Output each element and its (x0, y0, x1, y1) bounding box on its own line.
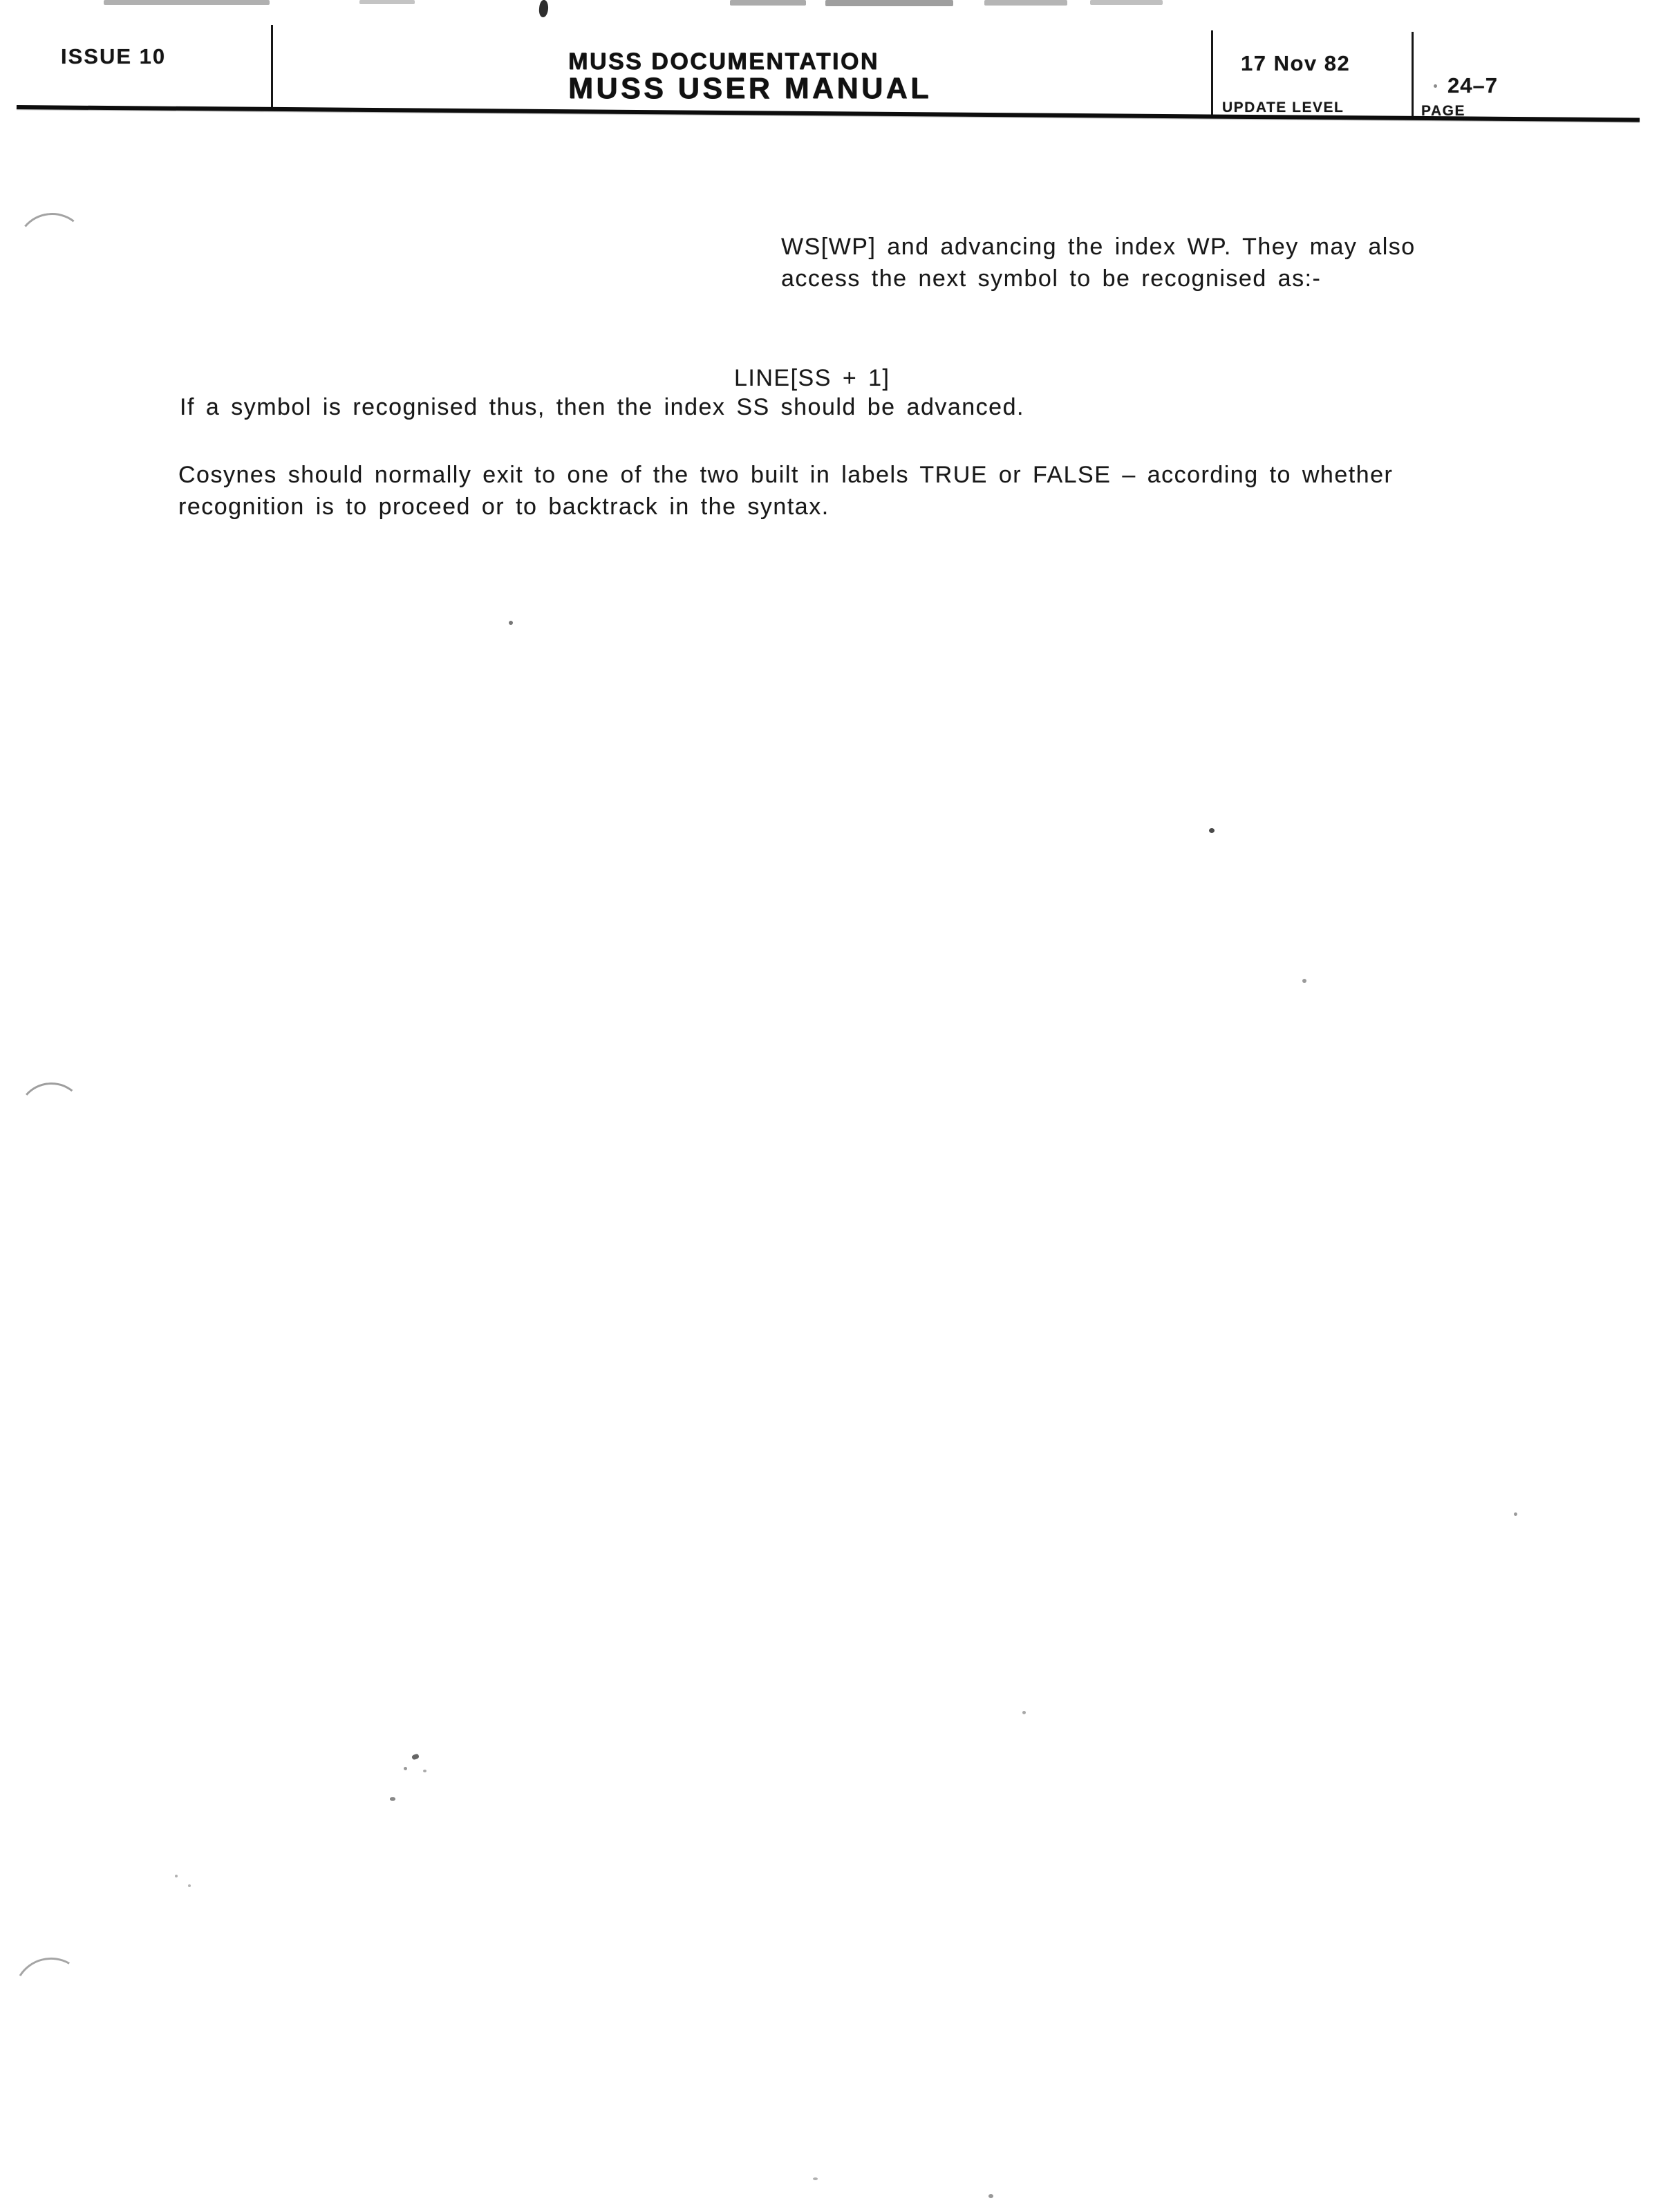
scan-dash-artifact (1090, 0, 1163, 5)
issue-label: ISSUE 10 (61, 44, 166, 69)
scan-speck (1514, 1512, 1517, 1516)
page-number: 24–7 (1447, 73, 1498, 98)
paragraph-line: recognition is to proceed or to backtrac… (178, 491, 1393, 523)
scan-speck (390, 1797, 395, 1801)
scan-dash-artifact (825, 0, 953, 6)
scan-arc-artifact (15, 1080, 87, 1149)
doc-title-line2: MUSS USER MANUAL (568, 72, 932, 106)
header-divider-line (1412, 32, 1414, 118)
scan-arc-artifact (6, 1950, 95, 2036)
scanned-manual-page: ISSUE 10 MUSS DOCUMENTATION MUSS USER MA… (0, 0, 1659, 2212)
formula-line-ss: LINE[SS + 1] (734, 362, 890, 394)
scan-speck (509, 621, 513, 625)
scan-speck (1209, 828, 1215, 833)
paragraph-cosynes: Cosynes should normally exit to one of t… (178, 459, 1393, 523)
scan-speck (1302, 979, 1306, 983)
scan-dash-artifact (104, 0, 270, 5)
paragraph-line: WS[WP] and advancing the index WP. They … (781, 231, 1416, 263)
scan-speck (188, 1884, 191, 1887)
paragraph-line: Cosynes should normally exit to one of t… (178, 459, 1393, 491)
scan-speck (1022, 1711, 1026, 1714)
paragraph-ws-wp: WS[WP] and advancing the index WP. They … (781, 231, 1416, 294)
scan-dash-artifact (359, 0, 415, 4)
scan-arc-artifact (13, 209, 91, 284)
scan-speck (175, 1875, 178, 1877)
scan-dash-artifact (984, 0, 1067, 6)
header-divider-line (271, 25, 273, 109)
scan-speck (404, 1767, 407, 1770)
header-rule (17, 105, 1640, 122)
scan-speck (423, 1770, 427, 1772)
paragraph-line: access the next symbol to be recognised … (781, 263, 1416, 294)
paragraph-symbol-recognised: If a symbol is recognised thus, then the… (180, 391, 1024, 423)
update-level-label: UPDATE LEVEL (1222, 100, 1344, 116)
scan-speck (813, 2177, 818, 2180)
scan-speck (1434, 84, 1437, 88)
scan-dash-artifact (730, 0, 806, 6)
scan-speck (411, 1754, 420, 1761)
header-divider-line (1211, 30, 1213, 116)
scan-ink-blot-artifact (538, 0, 550, 18)
update-date: 17 Nov 82 (1241, 51, 1350, 76)
scan-speck (988, 2194, 993, 2198)
